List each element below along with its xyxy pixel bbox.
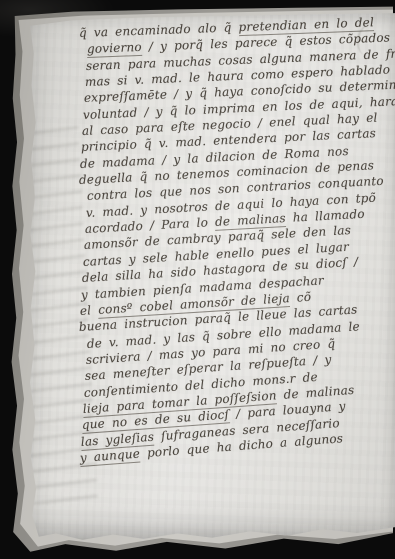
manuscript-page: q̃ va encaminado alo q̃ pretendian en lo… [14,11,395,542]
text-segment: el [79,303,98,318]
underlined-phrase: y aunque [79,446,140,466]
text-segment: cõ [289,290,311,305]
handwritten-text-block: q̃ va encaminado alo q̃ pretendian en lo… [82,25,395,466]
